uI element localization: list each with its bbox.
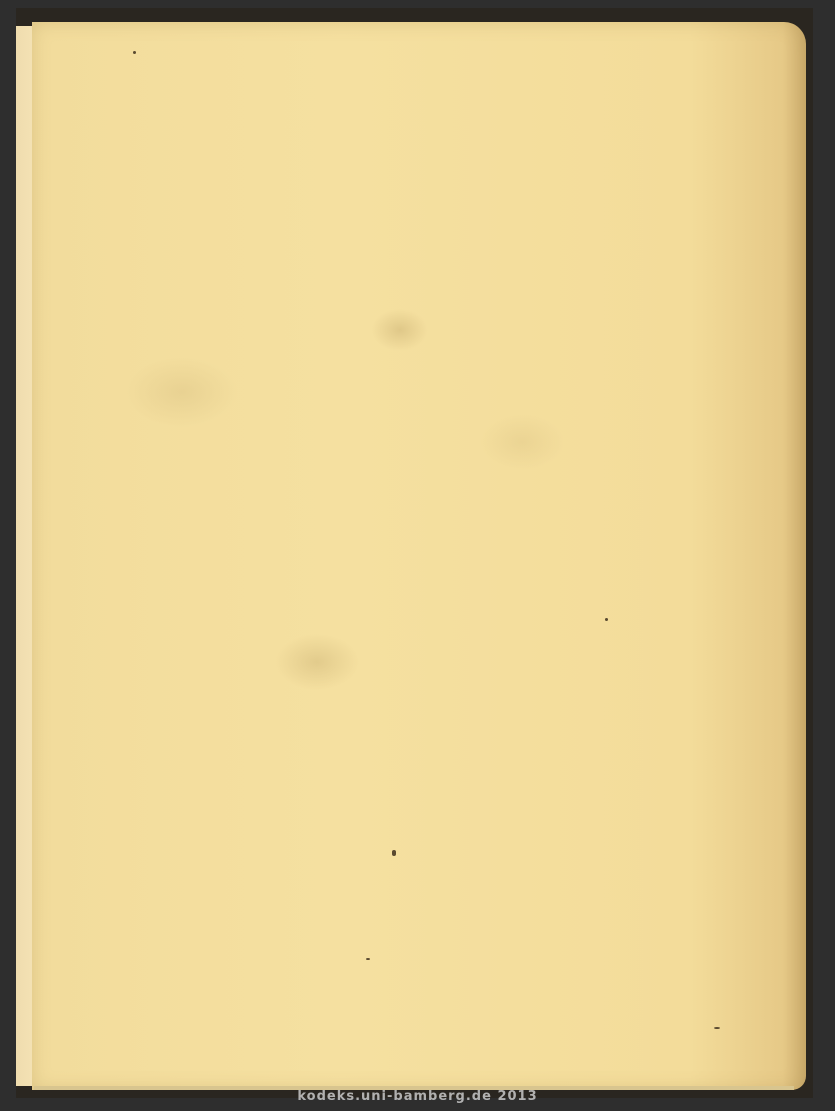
ink-speck — [605, 618, 608, 621]
ink-speck — [392, 850, 396, 856]
ink-speck — [133, 51, 136, 54]
watermark: kodeks.uni-bamberg.de 2013 — [0, 1089, 835, 1104]
ink-speck — [366, 958, 370, 960]
ink-speck — [714, 1027, 720, 1029]
blank-page — [32, 22, 806, 1090]
